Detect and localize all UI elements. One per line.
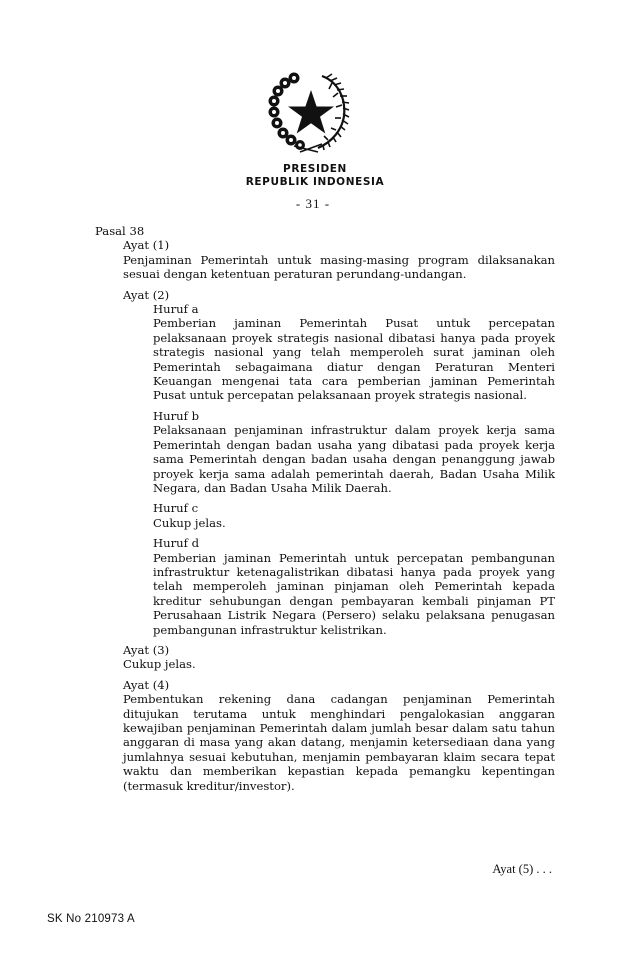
huruf-a: Huruf a Pemberian jaminan Pemerintah Pus… (153, 302, 555, 403)
huruf-d: Huruf d Pemberian jaminan Pemerintah unt… (153, 536, 555, 637)
ayat-label: Ayat (1) (123, 238, 555, 252)
continuation-marker: Ayat (5) . . . (492, 862, 552, 877)
huruf-b: Huruf b Pelaksanaan penjaminan infrastru… (153, 409, 555, 495)
huruf-text: Cukup jelas. (153, 516, 555, 530)
document-body: Pasal 38 Ayat (1) Penjaminan Pemerintah … (95, 224, 555, 793)
page-number: - 31 - (0, 196, 626, 212)
ayat-text: Pembentukan rekening dana cadangan penja… (123, 692, 555, 793)
ayat-label: Ayat (2) (123, 288, 555, 302)
ayat-1: Ayat (1) Penjaminan Pemerintah untuk mas… (123, 238, 555, 281)
header-president: PRESIDEN (2, 163, 626, 175)
huruf-text: Pemberian jaminan Pemerintah Pusat untuk… (153, 316, 555, 402)
garuda-star-wreath-emblem-icon (264, 68, 352, 154)
ayat-label: Ayat (3) (123, 643, 555, 657)
huruf-label: Huruf a (153, 302, 555, 316)
huruf-label: Huruf d (153, 536, 555, 550)
ayat-text: Penjaminan Pemerintah untuk masing-masin… (123, 253, 555, 282)
huruf-text: Pelaksanaan penjaminan infrastruktur dal… (153, 423, 555, 495)
huruf-text: Pemberian jaminan Pemerintah untuk perce… (153, 551, 555, 637)
huruf-label: Huruf c (153, 501, 555, 515)
ayat-text: Cukup jelas. (123, 657, 555, 671)
ayat-3: Ayat (3) Cukup jelas. (123, 643, 555, 672)
huruf-label: Huruf b (153, 409, 555, 423)
ayat-label: Ayat (4) (123, 678, 555, 692)
ayat-2: Ayat (2) Huruf a Pemberian jaminan Pemer… (123, 288, 555, 637)
huruf-c: Huruf c Cukup jelas. (153, 501, 555, 530)
ayat-4: Ayat (4) Pembentukan rekening dana cadan… (123, 678, 555, 793)
pasal-title: Pasal 38 (95, 224, 555, 238)
header-republic: REPUBLIK INDONESIA (2, 176, 626, 188)
document-code: SK No 210973 A (47, 913, 135, 925)
